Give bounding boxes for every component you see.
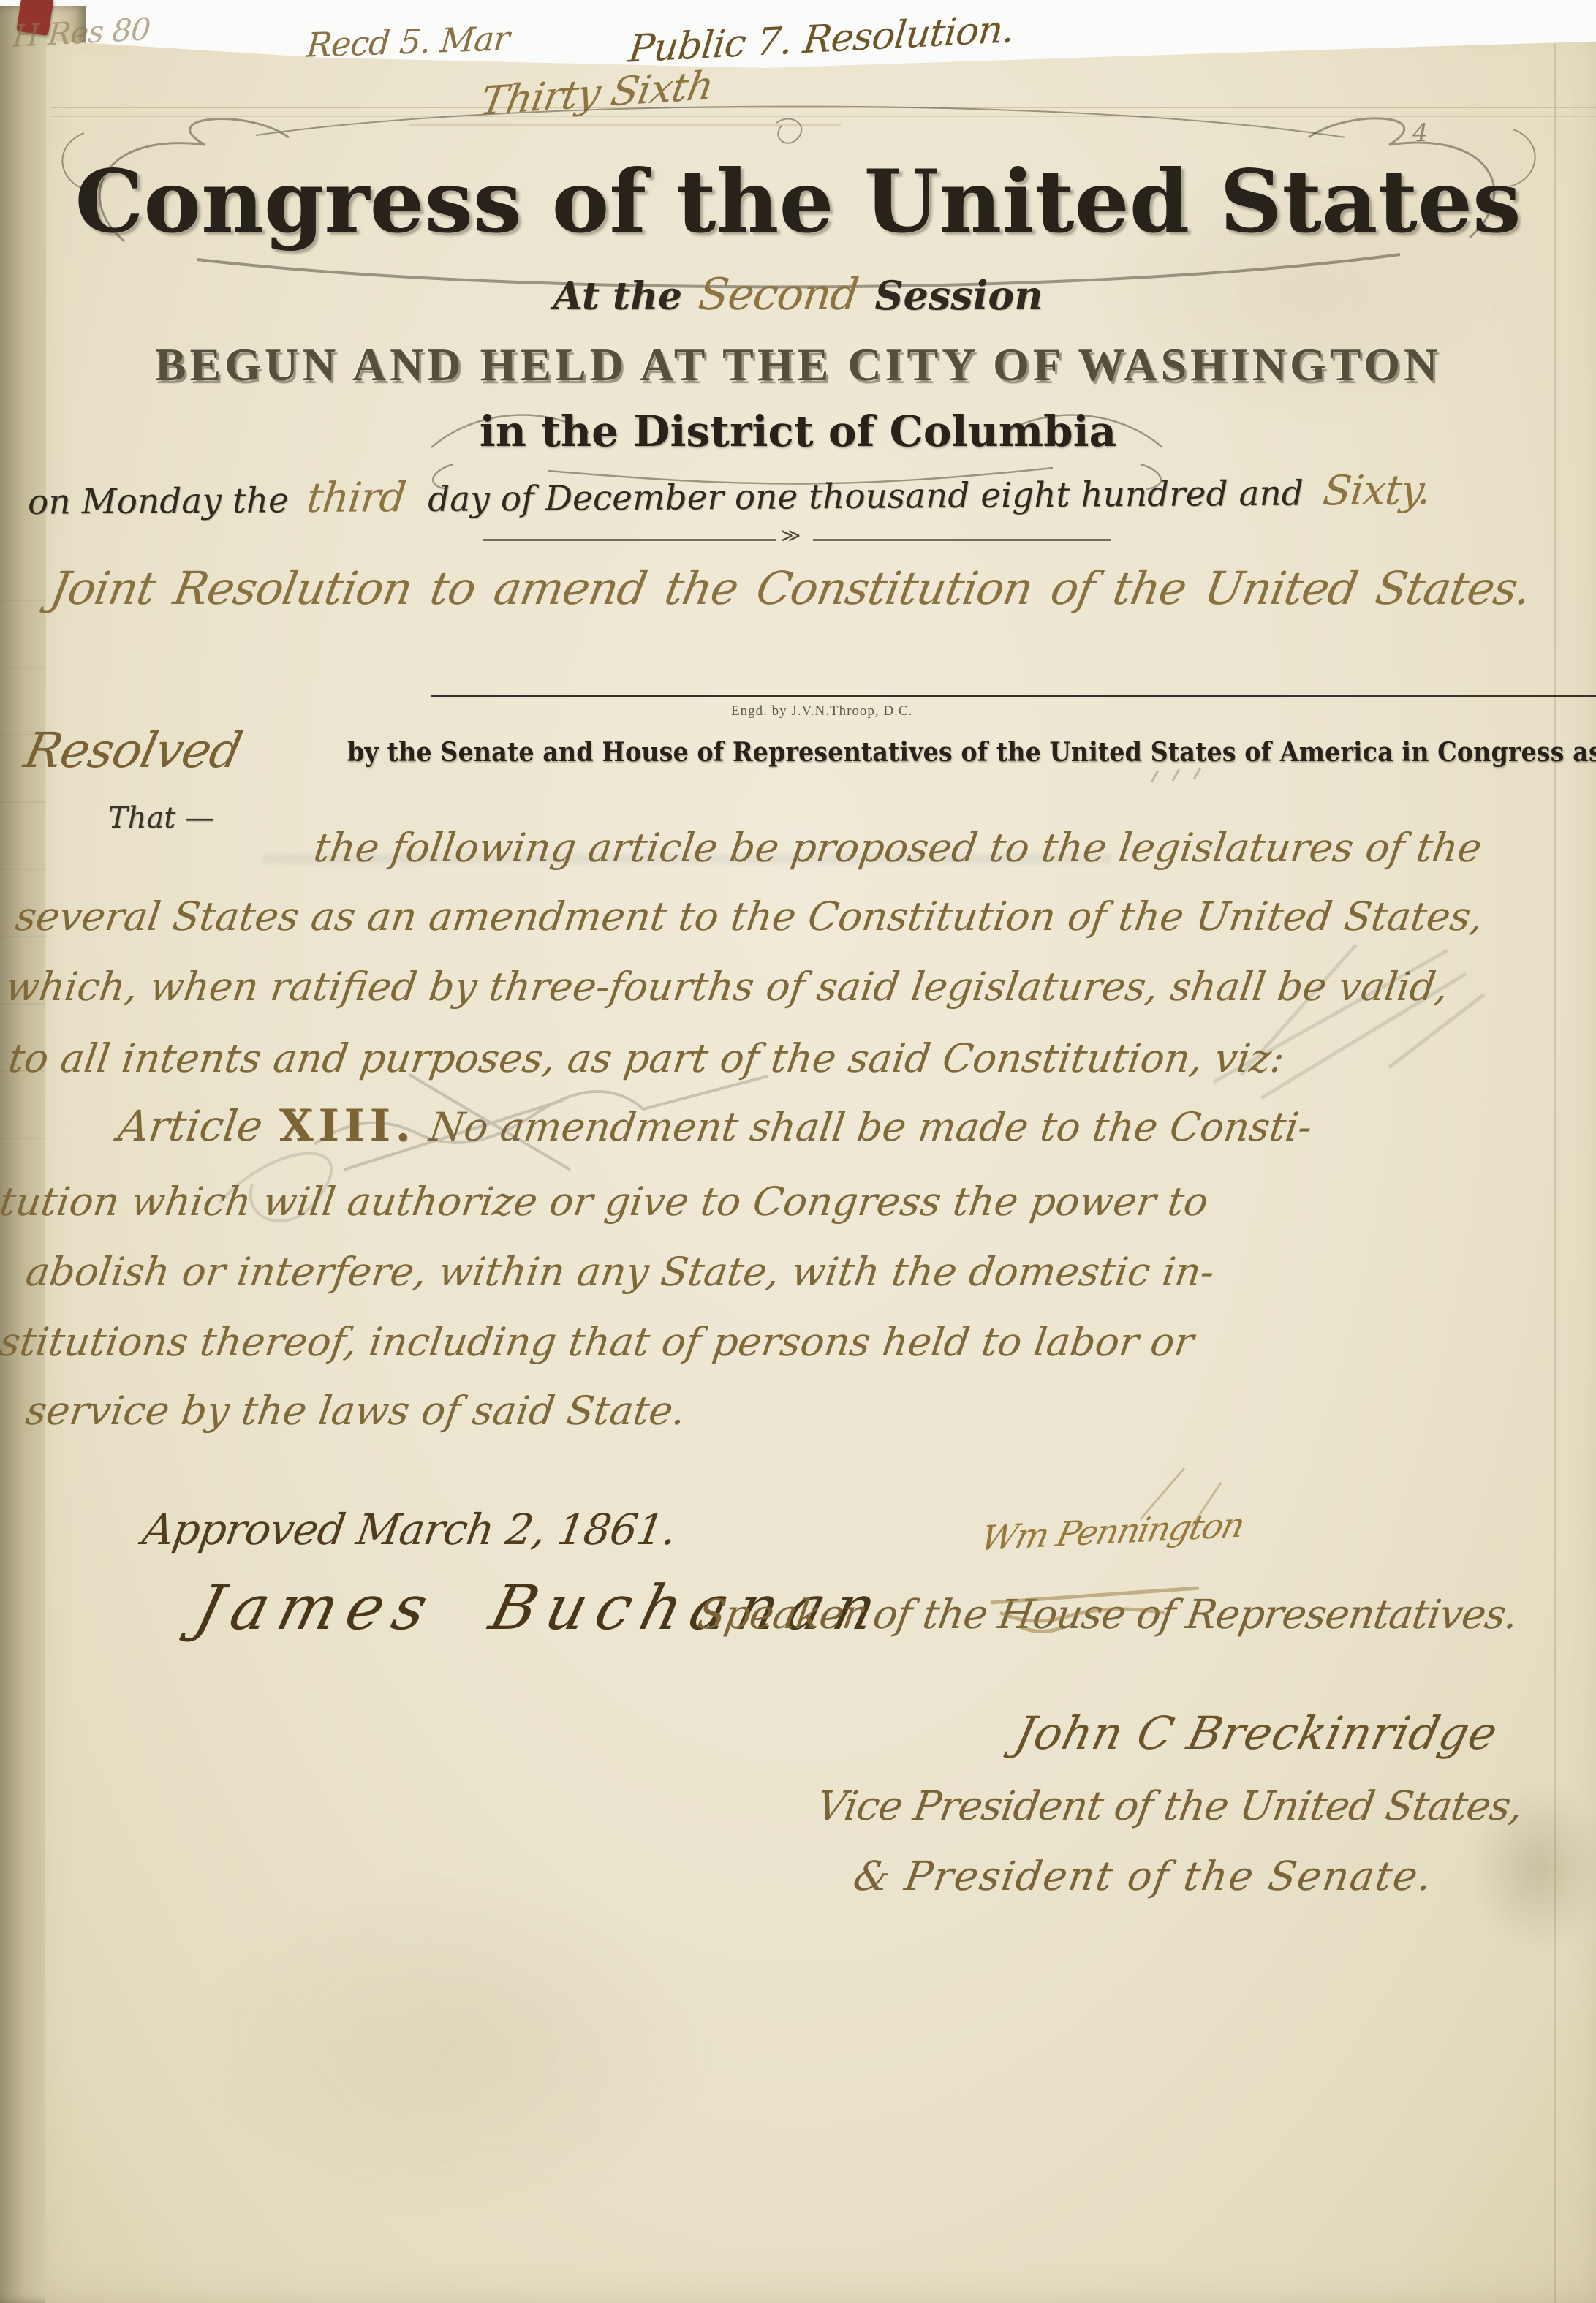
article-line: Article XIII. No amendment shall be made… [118, 1100, 1312, 1151]
vp-title-line-2: & President of the Senate. [850, 1853, 1437, 1899]
session-line: At the Second Session [0, 269, 1596, 320]
vp-signature: John C Breckinridge [1010, 1706, 1503, 1760]
date-divider-line-left [483, 539, 776, 541]
date-divider-line-right [813, 539, 1111, 541]
scanned-document-page: H Res 80 Recd 5. Mar Public 7. Resolutio… [0, 0, 1596, 2303]
district-line: in the District of Columbia [0, 406, 1596, 456]
body-line: service by the laws of said State. [23, 1388, 689, 1434]
docket-annotation: H Res 80 [12, 11, 151, 54]
resolution-title: Joint Resolution to amend the Constituti… [47, 561, 1535, 615]
date-engraved-part: on Monday the [28, 480, 289, 522]
session-prefix: At the [553, 274, 682, 319]
date-day-handwritten: third [304, 474, 408, 522]
body-line: several States as an amendment to the Co… [13, 893, 1486, 939]
resolved-word: Resolved [20, 722, 246, 779]
vp-title-line-1: Vice President of the United States, [814, 1782, 1526, 1829]
body-line: abolish or interfere, within any State, … [23, 1249, 1217, 1295]
approved-line: Approved March 2, 1861. [140, 1505, 680, 1554]
date-year-handwritten: Sixty. [1320, 466, 1433, 515]
article-numeral: XIII. [279, 1100, 416, 1151]
that-word: That — [108, 801, 214, 835]
engraver-rule-thin [431, 692, 1596, 692]
engraver-credit: Engd. by J.V.N.Throop, D.C. [731, 703, 912, 719]
body-line: stitutions thereof, including that of pe… [0, 1319, 1197, 1365]
enacting-clause: by the Senate and House of Representativ… [347, 737, 1596, 768]
article-word: Article [115, 1101, 265, 1151]
date-divider-ornament: ≫ [781, 525, 801, 547]
body-line: the following article be proposed to the… [311, 825, 1485, 871]
received-annotation: Recd 5. Mar [305, 18, 510, 65]
article-text: No amendment shall be made to the Consti… [426, 1104, 1315, 1150]
body-line: which, when ratified by three-fourths of… [3, 964, 1451, 1010]
session-suffix: Session [875, 272, 1043, 319]
speaker-title: Speaker of the House of Representatives. [695, 1591, 1521, 1638]
session-term-handwritten: Second [696, 269, 861, 320]
body-line: tution which will authorize or give to C… [0, 1179, 1211, 1225]
date-line: on Monday the third day of December one … [28, 466, 1431, 523]
date-engraved-part: day of December one thousand eight hundr… [428, 474, 1304, 520]
engraver-rule [431, 695, 1596, 697]
congress-title: Congress of the United States [0, 151, 1596, 252]
begun-line: BEGUN AND HELD AT THE CITY OF WASHINGTON [0, 338, 1596, 392]
body-line: to all intents and purposes, as part of … [6, 1035, 1287, 1081]
